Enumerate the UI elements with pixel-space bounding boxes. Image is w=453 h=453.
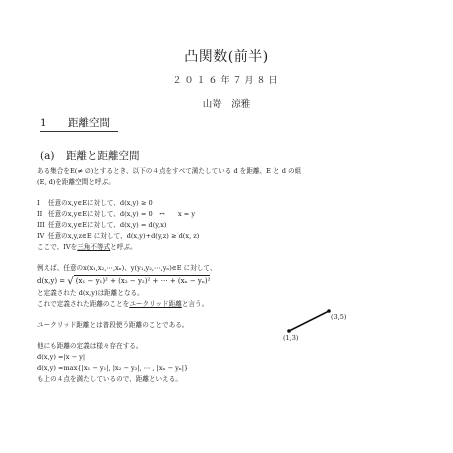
- after-formula: と定義された d(x,y)は距離となる。: [37, 288, 144, 300]
- def-prefix: これで定義された距離のことを: [37, 300, 129, 308]
- axiom-2: II任意のx,y∈Eに対して、d(x,y) = 0 ↔ x = y: [37, 209, 195, 221]
- note-suffix: と呼ぶ。: [110, 243, 137, 251]
- formula-lhs: d(x,y) =: [37, 277, 67, 285]
- axiom-text: 任意のx,y∈Eに対して、d(x,y) ≥ 0: [48, 199, 153, 207]
- axiom-label: IV: [37, 231, 48, 243]
- axiom-text: 任意のx,y,z∈E に対して、d(x,y)+d(y,z) ≥ d(x, z): [48, 232, 199, 240]
- axiom-label: I: [37, 198, 48, 210]
- other-def-1: d(x,y) =|x − y|: [37, 352, 85, 364]
- subsection-title: 距離と距離空間: [66, 150, 140, 162]
- euclid-note: ユークリッド距離とは普段使う距離のことである。: [37, 320, 188, 332]
- euclid-distance-term: ユークリッド距離: [129, 300, 182, 308]
- triangle-inequality-term: 三角不等式: [77, 243, 110, 251]
- axiom-text: 任意のx,y∈Eに対して、d(x,y) = 0 ↔ x = y: [48, 210, 195, 218]
- section-underline: [40, 131, 118, 132]
- document-title: 凸関数(前半): [0, 46, 453, 66]
- conclusion: も上の４点を満たしているので、距離といえる。: [37, 374, 182, 386]
- euclid-definition: これで定義された距離のことをユークリッド距離と言う。: [37, 299, 208, 311]
- triangle-inequality-note: ここで、IVを三角不等式と呼ぶ。: [37, 242, 137, 254]
- note-prefix: ここで、IVを: [37, 243, 77, 251]
- section-heading: 1距離空間: [40, 115, 110, 130]
- axiom-text: 任意のx,y∈Eに対して、d(x,y) = d(y,x): [48, 221, 167, 229]
- axiom-label: II: [37, 209, 48, 221]
- axiom-4: IV任意のx,y,z∈E に対して、d(x,y)+d(y,z) ≥ d(x, z…: [37, 231, 199, 243]
- section-title: 距離空間: [68, 117, 110, 129]
- euclid-formula: d(x,y) = √(x₁ − y₁)² + (x₂ − y₂)² + ⋯ + …: [37, 275, 210, 288]
- distance-diagram: (1,3) (3,5): [275, 305, 355, 345]
- intro-line-2: (E, d)を距離空間と呼ぶ。: [37, 177, 115, 189]
- def-suffix: と言う。: [182, 300, 208, 308]
- subsection-heading: (a)距離と距離空間: [40, 148, 140, 163]
- other-def-2: d(x,y) =max{|x₁ − y₁|, |x₂ − y₂|, ⋯ , |x…: [37, 363, 188, 375]
- point-a-label: (1,3): [283, 334, 298, 342]
- example-intro: 例えば、任意のx(x₁,x₂,⋯,xₙ)、y(y₁,y₂,⋯,yₙ)∈E に対し…: [37, 263, 216, 275]
- other-intro: 他にも距離の定義は様々存在する。: [37, 341, 143, 353]
- section-number: 1: [40, 117, 68, 129]
- point-b-label: (3,5): [331, 313, 346, 321]
- document-author: 山嵜 涼雅: [0, 96, 453, 110]
- document-date: ２０１６年７月８日: [0, 73, 453, 86]
- intro-line-1: ある集合をE(≠ ∅)とするとき、以下の４点をすべて満たしている d を距離、E…: [37, 166, 301, 178]
- axiom-label: III: [37, 220, 48, 232]
- axiom-3: III任意のx,y∈Eに対して、d(x,y) = d(y,x): [37, 220, 167, 232]
- axiom-1: I任意のx,y∈Eに対して、d(x,y) ≥ 0: [37, 198, 153, 210]
- subsection-number: (a): [40, 150, 66, 162]
- formula-radicand: (x₁ − y₁)² + (x₂ − y₂)² + ⋯ + (xₙ − yₙ)²: [74, 275, 211, 288]
